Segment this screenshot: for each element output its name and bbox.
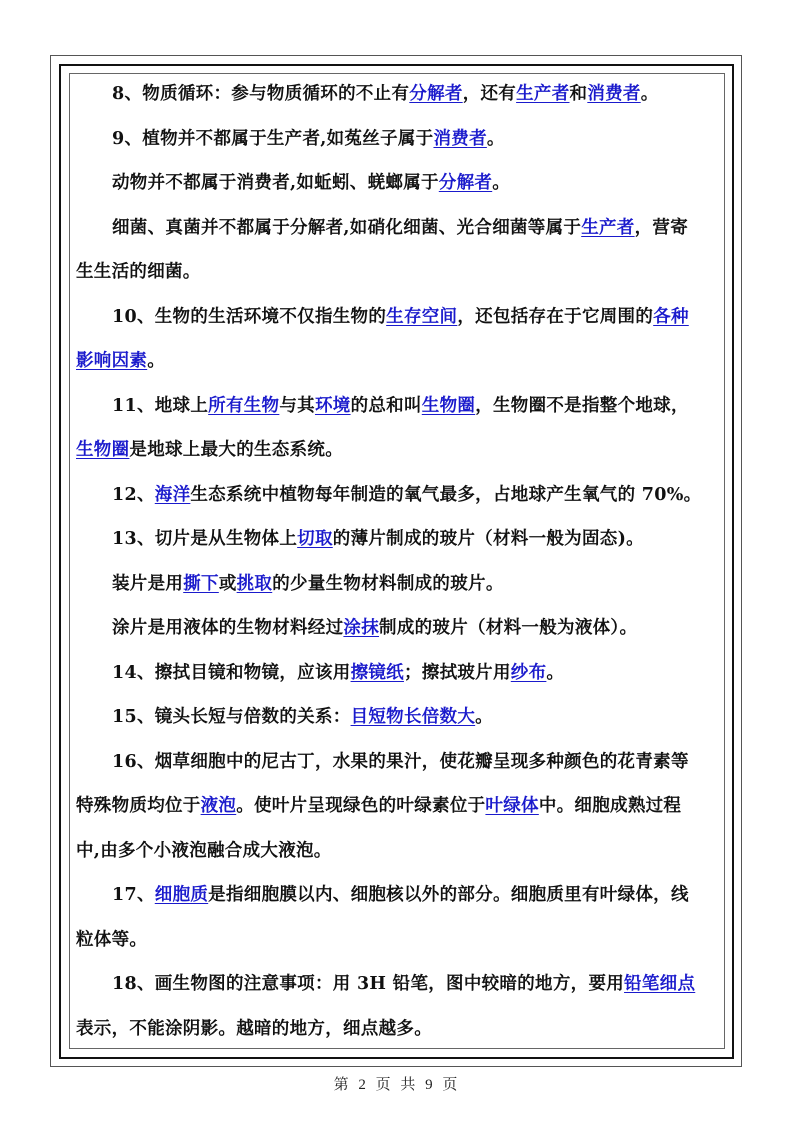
text-line: 16、烟草细胞中的尼古丁，水果的果汁，使花瓣呈现多种颜色的花青素等 xyxy=(76,741,718,786)
text-segment: 的少量生物材料制成的玻片。 xyxy=(272,574,503,594)
keyword-blank: 影响因素 xyxy=(76,351,147,371)
text-segment: 。 xyxy=(475,707,493,727)
text-segment: 表示，不能涂阴影。越暗的地方，细点越多。 xyxy=(76,1019,432,1039)
text-segment: 。使叶片呈现绿色的叶绿素位于 xyxy=(236,796,485,816)
text-segment: 17、 xyxy=(112,885,155,905)
text-segment: 生态系统中植物每年制造的氧气最多，占地球产生氧气的 70%。 xyxy=(190,485,701,505)
text-segment: 制成的玻片（材料一般为液体）。 xyxy=(379,618,637,638)
text-line: 生物圈是地球上最大的生态系统。 xyxy=(76,429,718,474)
text-segment: 13、切片是从生物体上 xyxy=(112,529,297,549)
text-segment: 特殊物质均位于 xyxy=(76,796,201,816)
text-segment: 中。细胞成熟过程 xyxy=(539,796,681,816)
text-segment: 与其 xyxy=(279,396,315,416)
keyword-blank: 所有生物 xyxy=(208,396,279,416)
keyword-blank: 液泡 xyxy=(201,796,237,816)
text-line: 11、地球上所有生物与其环境的总和叫生物圈，生物圈不是指整个地球， xyxy=(76,385,718,430)
text-segment: 和 xyxy=(570,84,588,104)
keyword-blank: 目短物长倍数大 xyxy=(351,707,476,727)
text-segment: 涂片是用液体的生物材料经过 xyxy=(112,618,343,638)
text-line: 涂片是用液体的生物材料经过涂抹制成的玻片（材料一般为液体）。 xyxy=(76,607,718,652)
text-line: 中,由多个小液泡融合成大液泡。 xyxy=(76,830,718,875)
text-segment: ，营寄 xyxy=(635,218,688,238)
keyword-blank: 铅笔细点 xyxy=(624,974,695,994)
text-line: 特殊物质均位于液泡。使叶片呈现绿色的叶绿素位于叶绿体中。细胞成熟过程 xyxy=(76,785,718,830)
keyword-blank: 挑取 xyxy=(237,574,273,594)
keyword-blank: 细胞质 xyxy=(155,885,208,905)
text-segment: 16、烟草细胞中的尼古丁，水果的果汁，使花瓣呈现多种颜色的花青素等 xyxy=(112,752,689,772)
text-segment: 。 xyxy=(487,129,505,149)
text-segment: 。 xyxy=(492,173,510,193)
text-segment: 12、 xyxy=(112,485,155,505)
keyword-blank: 撕下 xyxy=(183,574,219,594)
keyword-blank: 消费者 xyxy=(433,129,486,149)
text-segment: 的总和叫 xyxy=(351,396,422,416)
keyword-blank: 切取 xyxy=(297,529,333,549)
document-body: 8、物质循环：参与物质循环的不止有分解者，还有生产者和消费者。9、植物并不都属于… xyxy=(76,73,718,1052)
keyword-blank: 生物圈 xyxy=(76,440,129,460)
text-segment: 或 xyxy=(219,574,237,594)
keyword-blank: 海洋 xyxy=(155,485,191,505)
text-segment: 14、擦拭目镜和物镜，应该用 xyxy=(112,663,351,683)
keyword-blank: 分解者 xyxy=(439,173,492,193)
text-line: 装片是用撕下或挑取的少量生物材料制成的玻片。 xyxy=(76,563,718,608)
keyword-blank: 生产者 xyxy=(516,84,569,104)
keyword-blank: 生产者 xyxy=(581,218,634,238)
text-segment: 。 xyxy=(641,84,659,104)
text-line: 13、切片是从生物体上切取的薄片制成的玻片（材料一般为固态)。 xyxy=(76,518,718,563)
text-segment: ，还有 xyxy=(463,84,516,104)
text-segment: 是指细胞膜以内、细胞核以外的部分。细胞质里有叶绿体，线 xyxy=(208,885,689,905)
text-line: 细菌、真菌并不都属于分解者,如硝化细菌、光合细菌等属于生产者，营寄 xyxy=(76,207,718,252)
text-line: 10、生物的生活环境不仅指生物的生存空间，还包括存在于它周围的各种 xyxy=(76,296,718,341)
page-number-footer: 第 2 页 共 9 页 xyxy=(0,1073,794,1094)
text-segment: 8、物质循环：参与物质循环的不止有 xyxy=(112,84,409,104)
text-segment: 18、画生物图的注意事项：用 3H 铅笔，图中较暗的地方，要用 xyxy=(112,974,624,994)
text-line: 12、海洋生态系统中植物每年制造的氧气最多，占地球产生氧气的 70%。 xyxy=(76,474,718,519)
text-segment: 。 xyxy=(546,663,564,683)
text-segment: 生生活的细菌。 xyxy=(76,262,201,282)
text-segment: ；擦拭玻片用 xyxy=(404,663,511,683)
keyword-blank: 各种 xyxy=(653,307,689,327)
text-segment: 10、生物的生活环境不仅指生物的 xyxy=(112,307,386,327)
keyword-blank: 消费者 xyxy=(587,84,640,104)
keyword-blank: 纱布 xyxy=(511,663,547,683)
text-line: 粒体等。 xyxy=(76,919,718,964)
text-segment: 。 xyxy=(147,351,165,371)
text-segment: 中,由多个小液泡融合成大液泡。 xyxy=(76,841,332,861)
keyword-blank: 涂抹 xyxy=(343,618,379,638)
text-line: 影响因素。 xyxy=(76,340,718,385)
text-segment: 15、镜头长短与倍数的关系： xyxy=(112,707,351,727)
keyword-blank: 环境 xyxy=(315,396,351,416)
text-segment: ，还包括存在于它周围的 xyxy=(457,307,653,327)
text-line: 18、画生物图的注意事项：用 3H 铅笔，图中较暗的地方，要用铅笔细点 xyxy=(76,963,718,1008)
text-segment: 11、地球上 xyxy=(112,396,208,416)
text-segment: 9、植物并不都属于生产者,如菟丝子属于 xyxy=(112,129,433,149)
text-segment: 粒体等。 xyxy=(76,930,147,950)
text-segment: 细菌、真菌并不都属于分解者,如硝化细菌、光合细菌等属于 xyxy=(112,218,581,238)
keyword-blank: 叶绿体 xyxy=(485,796,538,816)
text-line: 15、镜头长短与倍数的关系：目短物长倍数大。 xyxy=(76,696,718,741)
text-line: 9、植物并不都属于生产者,如菟丝子属于消费者。 xyxy=(76,118,718,163)
text-segment: ，生物圈不是指整个地球， xyxy=(475,396,689,416)
text-line: 17、细胞质是指细胞膜以内、细胞核以外的部分。细胞质里有叶绿体，线 xyxy=(76,874,718,919)
keyword-blank: 擦镜纸 xyxy=(351,663,404,683)
keyword-blank: 生存空间 xyxy=(386,307,457,327)
text-line: 生生活的细菌。 xyxy=(76,251,718,296)
text-line: 表示，不能涂阴影。越暗的地方，细点越多。 xyxy=(76,1008,718,1053)
text-segment: 动物并不都属于消费者,如蚯蚓、蜣螂属于 xyxy=(112,173,439,193)
text-line: 8、物质循环：参与物质循环的不止有分解者，还有生产者和消费者。 xyxy=(76,73,718,118)
text-line: 动物并不都属于消费者,如蚯蚓、蜣螂属于分解者。 xyxy=(76,162,718,207)
text-segment: 的薄片制成的玻片（材料一般为固态)。 xyxy=(333,529,644,549)
keyword-blank: 生物圈 xyxy=(422,396,475,416)
text-line: 14、擦拭目镜和物镜，应该用擦镜纸；擦拭玻片用纱布。 xyxy=(76,652,718,697)
text-segment: 装片是用 xyxy=(112,574,183,594)
text-segment: 是地球上最大的生态系统。 xyxy=(129,440,343,460)
keyword-blank: 分解者 xyxy=(409,84,462,104)
